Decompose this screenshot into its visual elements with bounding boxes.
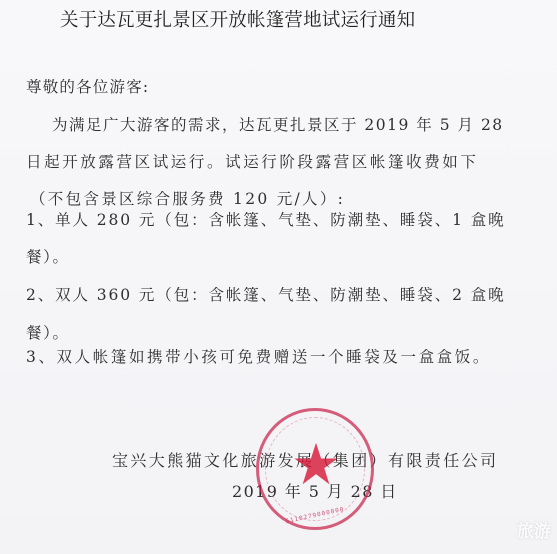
body-paragraph-line-3: （不包含景区综合服务费 120 元/人）: <box>30 187 345 209</box>
list-item-1-line-1: 1、单人 280 元（包：含帐篷、气垫、防潮垫、睡袋、1 盒晚 <box>26 208 506 230</box>
document-page: 关于达瓦更扎景区开放帐篷营地试运行通知 尊敬的各位游客: 为满足广大游客的需求，… <box>0 0 557 554</box>
list-item-2-line-1: 2、双人 360 元（包：含帐篷、气垫、防潮垫、睡袋、2 盒晚 <box>26 283 506 305</box>
document-title: 关于达瓦更扎景区开放帐篷营地试运行通知 <box>60 6 415 32</box>
list-item-3: 3、双人帐篷如携带小孩可免费赠送一个睡袋及一盒盒饭。 <box>26 345 491 367</box>
greeting: 尊敬的各位游客: <box>26 75 149 97</box>
body-paragraph-line-2: 日起开放露营区试运行。试运行阶段露营区帐篷收费如下 <box>26 150 479 172</box>
list-item-2-line-2: 餐）。 <box>26 321 70 343</box>
list-item-1-line-2: 餐）。 <box>26 245 70 267</box>
company-seal: 5118279000000 <box>256 408 374 530</box>
watermark: 旅游 <box>517 517 551 542</box>
body-paragraph-line-1: 为满足广大游客的需求，达瓦更扎景区于 2019 年 5 月 28 <box>52 113 504 135</box>
star-icon <box>293 441 339 487</box>
